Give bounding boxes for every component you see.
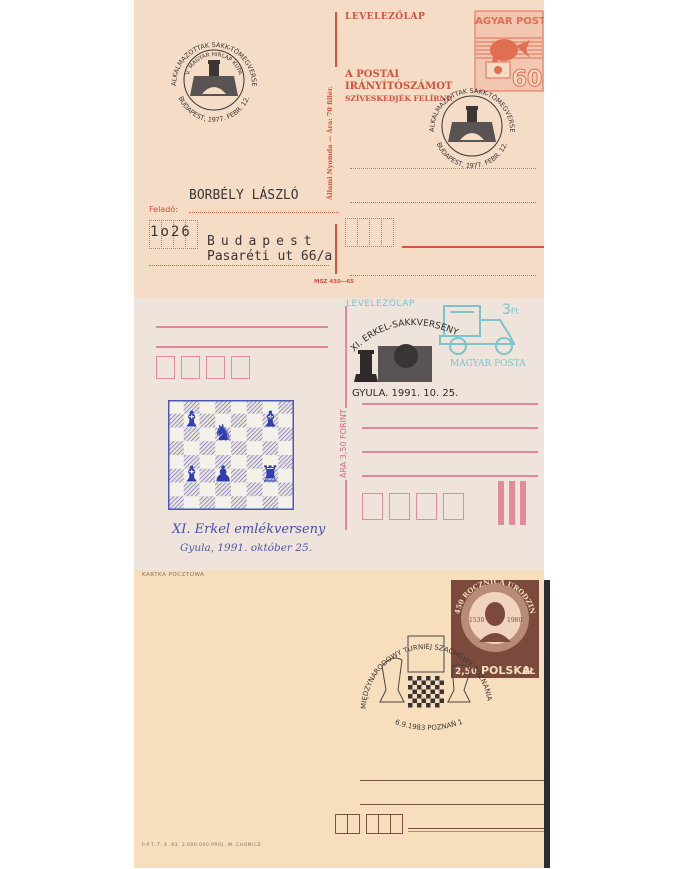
svg-text:3Ft: 3Ft <box>502 302 519 318</box>
chess-piece-bishop: ♝ <box>261 407 281 432</box>
card-header: KARTKA POCZTOWA <box>142 572 204 578</box>
recipient-zip-boxes <box>362 493 464 520</box>
address-line <box>362 403 538 405</box>
divider-line <box>345 480 347 530</box>
zip-boxes-group-1 <box>335 814 359 834</box>
address-line-double <box>408 828 544 832</box>
svg-text:BUDAPEST, 1977. FEBR. 12.: BUDAPEST, 1977. FEBR. 12. <box>177 95 252 124</box>
sender-street: Pasaréti ut 66/a <box>207 249 332 264</box>
postmark-poznan-1983: MIĘDZYNARODOWY TURNIEJ SZACHOWY POZNANIA… <box>352 610 502 734</box>
card-edge-shadow <box>544 580 550 868</box>
sender-city: Budapest <box>207 234 318 249</box>
sender-line <box>149 265 329 266</box>
address-line <box>362 451 538 453</box>
chess-piece-knight: ♞ <box>213 421 233 446</box>
event-caption-title: XI. Erkel emlékverseny <box>172 522 325 537</box>
sender-name: BORBÉLY LÁSZLÓ <box>189 188 299 203</box>
stamp-label: MAGYAR POSTA <box>474 16 544 27</box>
svg-text:1980: 1980 <box>507 617 522 624</box>
price-imprint: ÁRA 3,50 FORINT <box>339 409 348 478</box>
postcard-hungary-1977: LEVELEZŐLAP Állami Nyomda — Ára: 70 fill… <box>134 0 544 298</box>
zip-boxes-group-2 <box>366 814 402 834</box>
chess-piece-bishop: ♝ <box>182 462 202 487</box>
sender-label: Feladó: <box>149 205 178 214</box>
svg-text:6.9.1983 POZNAŃ 1: 6.9.1983 POZNAŃ 1 <box>394 718 464 730</box>
address-line-solid <box>402 246 544 248</box>
postmark-budapest-1977-on-stamp: KÖZALKALMAZOTTAK SAKK-TÖMEGVERSENYE BUDA… <box>422 76 522 180</box>
chess-piece-pawn: ♟ <box>213 462 233 487</box>
postmark-date: GYULA. 1991. 10. 25. <box>352 388 458 399</box>
address-line <box>350 202 536 203</box>
sender-line <box>156 346 328 348</box>
card-header: LEVELEZŐLAP <box>345 12 425 22</box>
printer-imprint: Állami Nyomda — Ára: 70 fillér. <box>326 86 334 200</box>
printer-imprint: P.P.T.-T. X. 83. 2.000.000 PROJ. W. CHOM… <box>142 843 261 848</box>
svg-text:BUDAPEST, 1977. FEBR. 12.: BUDAPEST, 1977. FEBR. 12. <box>435 141 510 170</box>
address-line <box>350 275 536 276</box>
sender-line <box>189 212 339 213</box>
address-line <box>362 427 538 429</box>
chess-piece-rook: ♜ <box>261 462 281 487</box>
postcard-hungary-1991: ♝♝♞♝♟♜ XI. Erkel emlékverseny Gyula, 199… <box>134 298 544 570</box>
event-caption-subtitle: Gyula, 1991. október 25. <box>180 542 312 554</box>
chess-piece-bishop: ♝ <box>182 407 202 432</box>
svg-text:ZŁ: ZŁ <box>523 667 536 677</box>
sender-zip: 1o26 <box>150 224 191 240</box>
divider-line <box>345 306 347 408</box>
postmark-gyula-1991: XI. ERKEL-SAKKVERSENY GYULA. 1991. 10. 2… <box>348 312 468 406</box>
postcard-poland-1983: KARTKA POCZTOWA 450 ROCZNICA URODZIN 153… <box>134 570 544 868</box>
chess-diagram: ♝♝♞♝♟♜ <box>168 400 294 514</box>
divider-line <box>335 224 337 274</box>
standard-code: MSZ 430—65 <box>314 279 354 285</box>
address-line <box>360 804 544 805</box>
divider-line <box>335 12 337 67</box>
address-line <box>360 780 544 781</box>
card-header: LEVELEZŐLAP <box>346 299 415 309</box>
franking-bars <box>498 481 526 525</box>
sender-line <box>156 326 328 328</box>
address-line <box>362 475 538 477</box>
postmark-budapest-1977: KÖZALKALMAZOTTAK SAKK-TÖMEGVERSENYE V. M… <box>164 30 264 134</box>
address-line <box>350 168 536 169</box>
sender-zip-boxes <box>156 356 250 379</box>
recipient-zip-boxes <box>345 218 393 247</box>
